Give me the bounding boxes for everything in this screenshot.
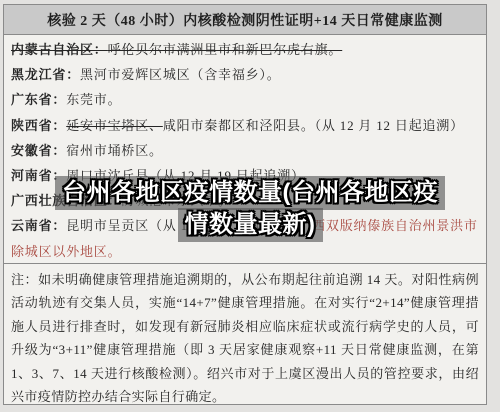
row-text: 宿州市埇桥区。 [66,143,163,158]
table-row: 黑龙江省：黑河市爱辉区城区（含幸福乡）。 [11,62,479,87]
province-label: 安徽省： [11,143,66,158]
document-header-title: 核验 2 天（48 小时）内核酸检测阴性证明+14 天日常健康监测 [47,10,442,30]
table-row: 云南省：昆明市呈贡区（从 12 月 14 日起追溯）、西双版纳傣族自治州景洪市除… [11,213,479,263]
row-text: 延安市宝塔区、 [66,118,163,133]
row-text: 黑河市爱辉区城区（含幸福乡）。 [80,67,281,82]
document-header: 核验 2 天（48 小时）内核酸检测阴性证明+14 天日常健康监测 [4,5,486,35]
province-label: 广东省： [11,92,66,107]
row-text: 东莞市。 [66,92,121,107]
policy-document: 核验 2 天（48 小时）内核酸检测阴性证明+14 天日常健康监测 内蒙古自治区… [3,4,487,405]
note-section: 注：如未明确健康管理措施追溯期的，从公布期起往前追溯 14 天。对阳性病例活动轨… [4,263,486,404]
province-label: 黑龙江省： [11,67,80,82]
note-text: 注：如未明确健康管理措施追溯期的，从公布期起往前追溯 14 天。对阳性病例活动轨… [11,272,479,404]
row-text: 周口市沈丘县（从 12 月 19 日起追溯）。 [66,168,312,183]
row-text: 咸阳市秦都区和泾阳县。（从 12 月 12 日起追溯） [163,118,464,133]
table-row: 广西壮族自治区：防城港市东兴市。 [11,188,479,213]
table-row: 陕西省：延安市宝塔区、咸阳市秦都区和泾阳县。（从 12 月 12 日起追溯） [11,113,479,138]
province-label: 内蒙古自治区： [11,42,108,57]
province-rows: 内蒙古自治区：呼伦贝尔市满洲里市和新巴尔虎右旗。黑龙江省：黑河市爱辉区城区（含幸… [4,35,486,264]
row-text: 防城港市东兴市。 [121,193,231,208]
table-row: 广东省：东莞市。 [11,87,479,112]
row-text: 呼伦贝尔市满洲里市和新巴尔虎右旗。 [108,42,343,57]
table-row: 安徽省：宿州市埇桥区。 [11,138,479,163]
province-label: 河南省： [11,168,66,183]
row-text: 昆明市呈贡区（从 12 月 14 日起追溯）、 [66,218,312,233]
table-row: 内蒙古自治区：呼伦贝尔市满洲里市和新巴尔虎右旗。 [11,37,479,62]
province-label: 云南省： [11,218,66,233]
province-label: 广西壮族自治区： [11,193,121,208]
province-label: 陕西省： [11,118,66,133]
table-row: 河南省：周口市沈丘县（从 12 月 19 日起追溯）。 [11,163,479,188]
